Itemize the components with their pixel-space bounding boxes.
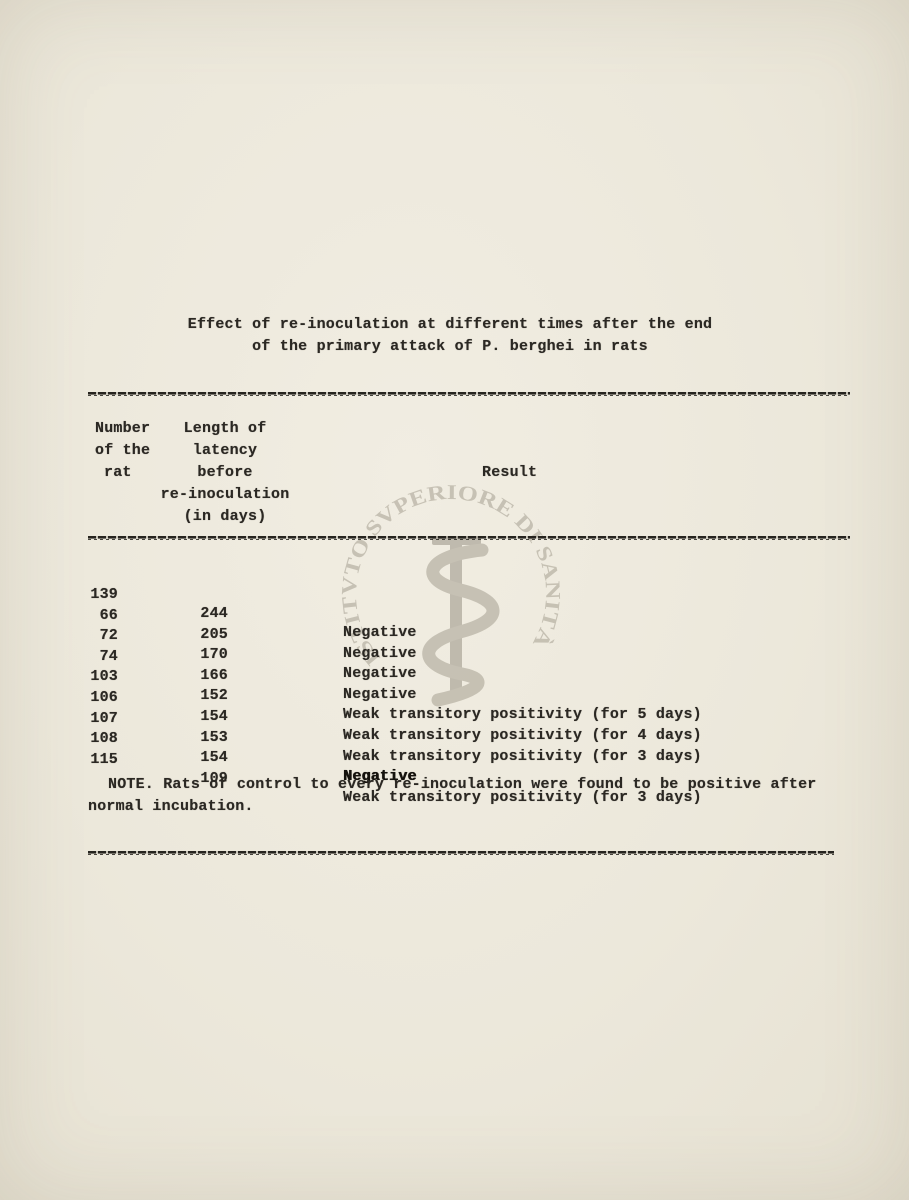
page-bottom-rule — [88, 851, 834, 855]
header-col2-line: re-inoculation — [157, 485, 293, 504]
header-col2-line: (in days) — [157, 507, 293, 526]
page-title-line-1: Effect of re-inoculation at different ti… — [0, 315, 900, 334]
header-col2-line: latency — [157, 441, 293, 460]
header-col1-line: rat — [104, 463, 132, 482]
header-col1-line: of the — [95, 441, 150, 460]
table-header-rule — [88, 536, 850, 540]
note-line-2: normal incubation. — [88, 797, 254, 816]
header-col2-line: Length of — [157, 419, 293, 438]
header-col2-line: before — [157, 463, 293, 482]
note-line-1: NOTE. Rats of control to every re-inocul… — [108, 775, 817, 794]
header-col1-line: Number — [95, 419, 150, 438]
header-result-label: Result — [482, 463, 537, 482]
scanned-document-page: ISTITVTO SVPERIORE DI SANITÀ Effect of r… — [0, 0, 909, 1200]
table-top-rule — [88, 392, 850, 396]
rat-number-cell: 115 — [90, 750, 118, 769]
page-title-line-2: of the primary attack of P. berghei in r… — [0, 337, 900, 356]
